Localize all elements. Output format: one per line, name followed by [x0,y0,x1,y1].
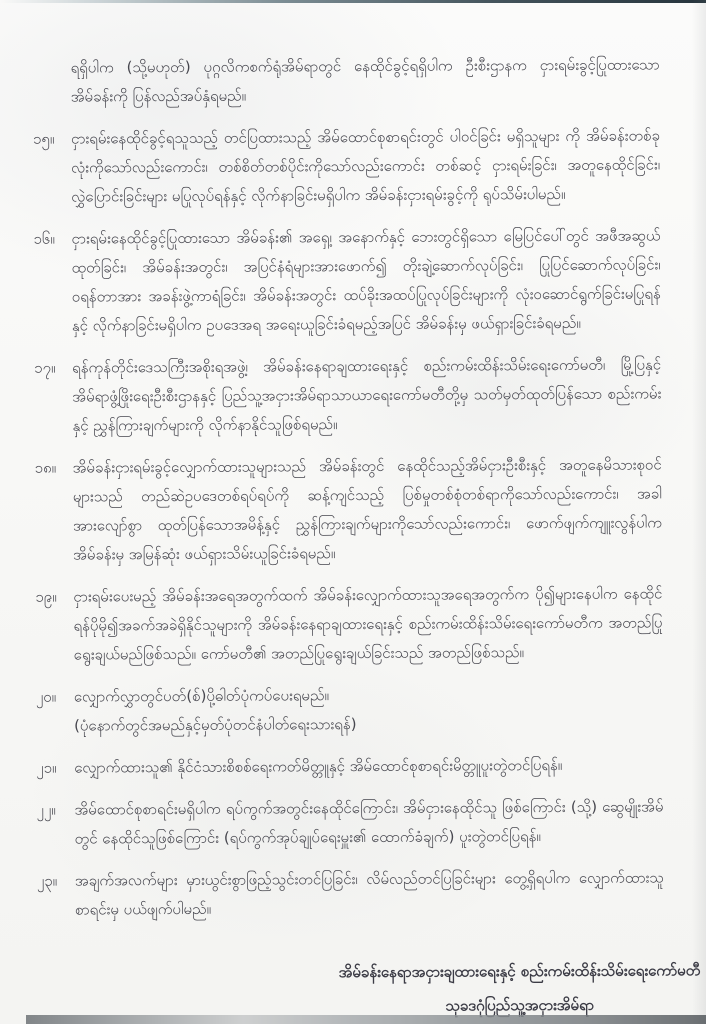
item-number: ၁၅။ [33,124,71,153]
list-item-18: ၁၈။ အိမ်ခန်းငှားရမ်းခွင့်လျှောက်ထားသူမျာ… [35,450,663,569]
item-text: ငှားရမ်းနေထိုင်ခွင့်ပြုထားသော အိမ်ခန်း၏ … [71,221,661,340]
item-text: အိမ်ခန်းငှားရမ်းခွင့်လျှောက်ထားသူများသည်… [73,450,663,569]
item-number: ၁၈။ [35,453,73,482]
item-number: ၂၂။ [36,795,74,824]
item-text: ရန်ကုန်တိုင်းဒေသကြီးအစိုးရအဖွဲ့၊ အိမ်ခန်… [72,350,661,440]
item-number: ၂၁။ [36,753,74,782]
list-item-22: ၂၂။ အိမ်ထောင်စုစာရင်းမရှိပါက ရပ်ကွက်အတွင… [36,792,663,853]
list-item-19: ၁၉။ ငှားရမ်းပေးမည့် အိမ်ခန်းအရေအတွက်ထက် … [35,579,662,669]
scan-edge-bottom [26,1015,706,1024]
signature-block: အိမ်ခန်းနေရာအငှားချထားရေးနှင့် စည်းကမ်းထ… [339,953,701,1023]
item-text: လျှောက်လွှာတွင်ပတ်(စ်)ပို့ဓါတ်ပုံကပ်ပေးရ… [74,679,663,740]
list-item-20: ၂၀။ လျှောက်လွှာတွင်ပတ်(စ်)ပို့ဓါတ်ပုံကပ်… [36,679,663,740]
committee-name: အိမ်ခန်းနေရာအငှားချထားရေးနှင့် စည်းကမ်းထ… [339,953,701,989]
item-number: ၂၃။ [37,866,75,895]
list-item-17: ၁၇။ ရန်ကုန်တိုင်းဒေသကြီးအစိုးရအဖွဲ့၊ အိမ… [34,350,661,440]
list-item-21: ၂၁။ လျှောက်ထားသူ၏ နိုင်ငံသားစိစစ်ရေးကတ်မ… [36,750,663,782]
list-item-23: ၂၃။ အချက်အလက်များ မှားယွင်းစွာဖြည့်သွင်း… [37,863,664,924]
item-number: ၁၇။ [34,353,72,382]
list-item-15: ၁၅။ ငှားရမ်းနေထိုင်ခွင့်ရသူသည့် တင်ပြထား… [33,121,660,211]
intro-paragraph-continuation: ရရှိပါက (သို့မဟုတ်) ပုဂ္ဂလိကစက်ရုံအိမ်ရာ… [33,50,660,111]
item-text: အချက်အလက်များ မှားယွင်းစွာဖြည့်သွင်းတင်ပ… [75,863,664,924]
item-text: အိမ်ထောင်စုစာရင်းမရှိပါက ရပ်ကွက်အတွင်းနေ… [74,792,663,853]
document-content: ရရှိပါက (သို့မဟုတ်) ပုဂ္ဂလိကစက်ရုံအိမ်ရာ… [0,0,706,1024]
list-item-16: ၁၆။ ငှားရမ်းနေထိုင်ခွင့်ပြုထားသော အိမ်ခန… [33,221,661,340]
item-text: ငှားရမ်းပေးမည့် အိမ်ခန်းအရေအတွက်ထက် အိမ်… [73,579,662,669]
item-text: ငှားရမ်းနေထိုင်ခွင့်ရသူသည့် တင်ပြထားသည့်… [71,121,660,211]
item-number: ၁၉။ [35,582,73,611]
scanned-document-page: ရရှိပါက (သို့မဟုတ်) ပုဂ္ဂလိကစက်ရုံအိမ်ရာ… [0,0,706,1024]
item-text: လျှောက်ထားသူ၏ နိုင်ငံသားစိစစ်ရေးကတ်မိတ္တ… [74,750,663,782]
item-number: ၁၆။ [33,224,71,253]
item-number: ၂၀။ [36,682,74,711]
